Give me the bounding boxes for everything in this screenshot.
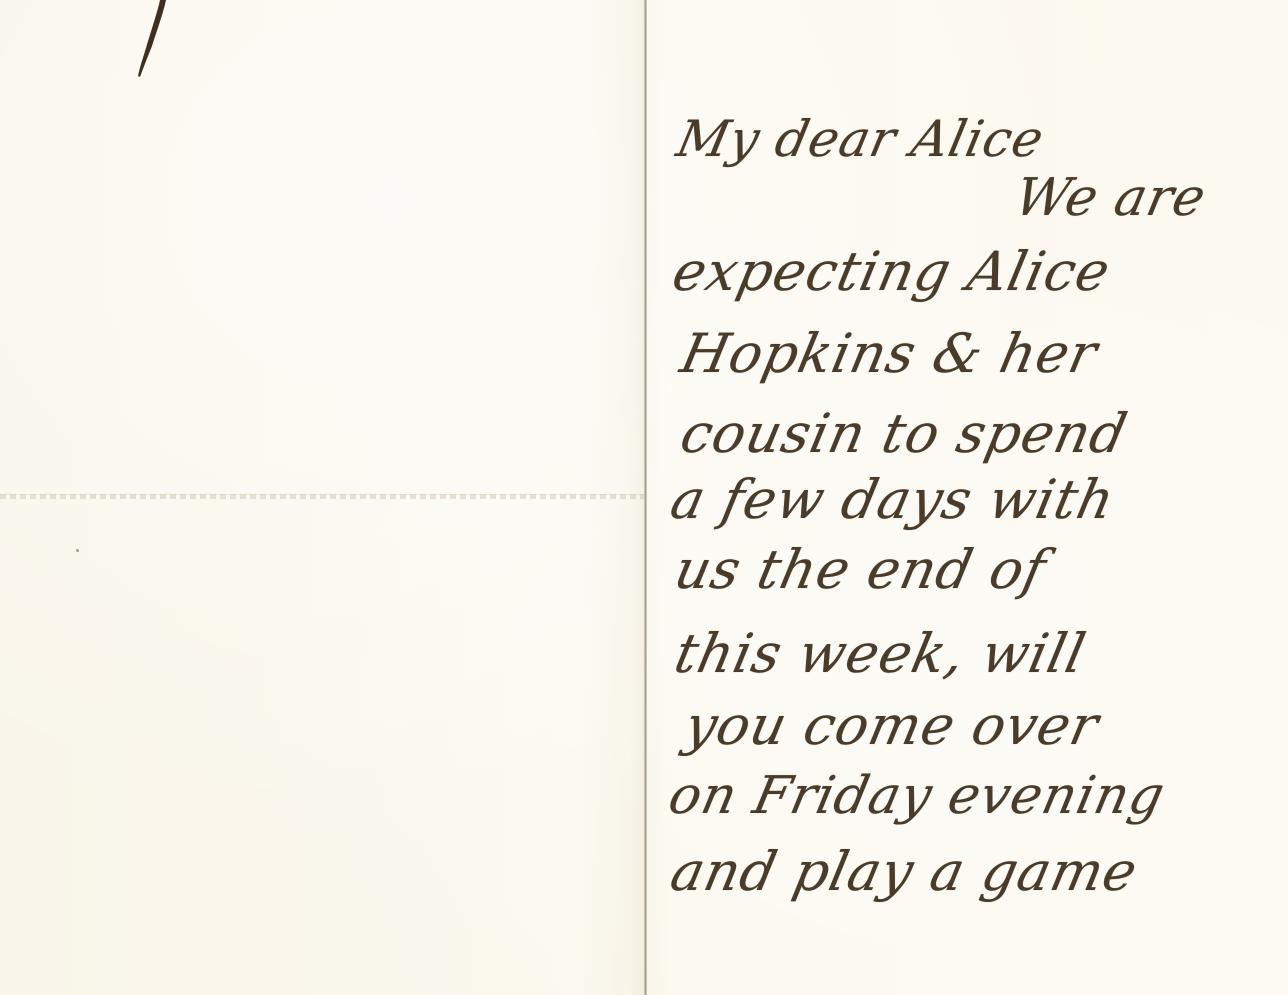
letter-line-7: this week, will [669,622,1091,685]
letter-sheet: My dear Alice We are expecting Alice Hop… [0,0,1288,995]
ink-stroke-mark [130,0,170,80]
letter-line-3: Hopkins & her [675,322,1103,385]
right-page: My dear Alice We are expecting Alice Hop… [646,0,1288,995]
salutation: My dear Alice [672,110,1050,168]
letter-line-1: We are [1010,168,1212,228]
letter-body: My dear Alice We are expecting Alice Hop… [646,0,1288,995]
letter-line-9: on Friday evening [664,766,1171,826]
horizontal-fold-crease [0,494,644,499]
letter-line-8: you come over [679,694,1104,757]
letter-line-10: and play a game [665,840,1143,903]
spine-shadow [630,0,644,995]
letter-line-6: us the end of [669,538,1052,601]
ink-speck [76,549,79,552]
letter-line-5: a few days with [665,468,1120,531]
letter-line-2: expecting Alice [667,240,1116,303]
left-page [0,0,645,995]
letter-line-4: cousin to spend [675,402,1133,465]
